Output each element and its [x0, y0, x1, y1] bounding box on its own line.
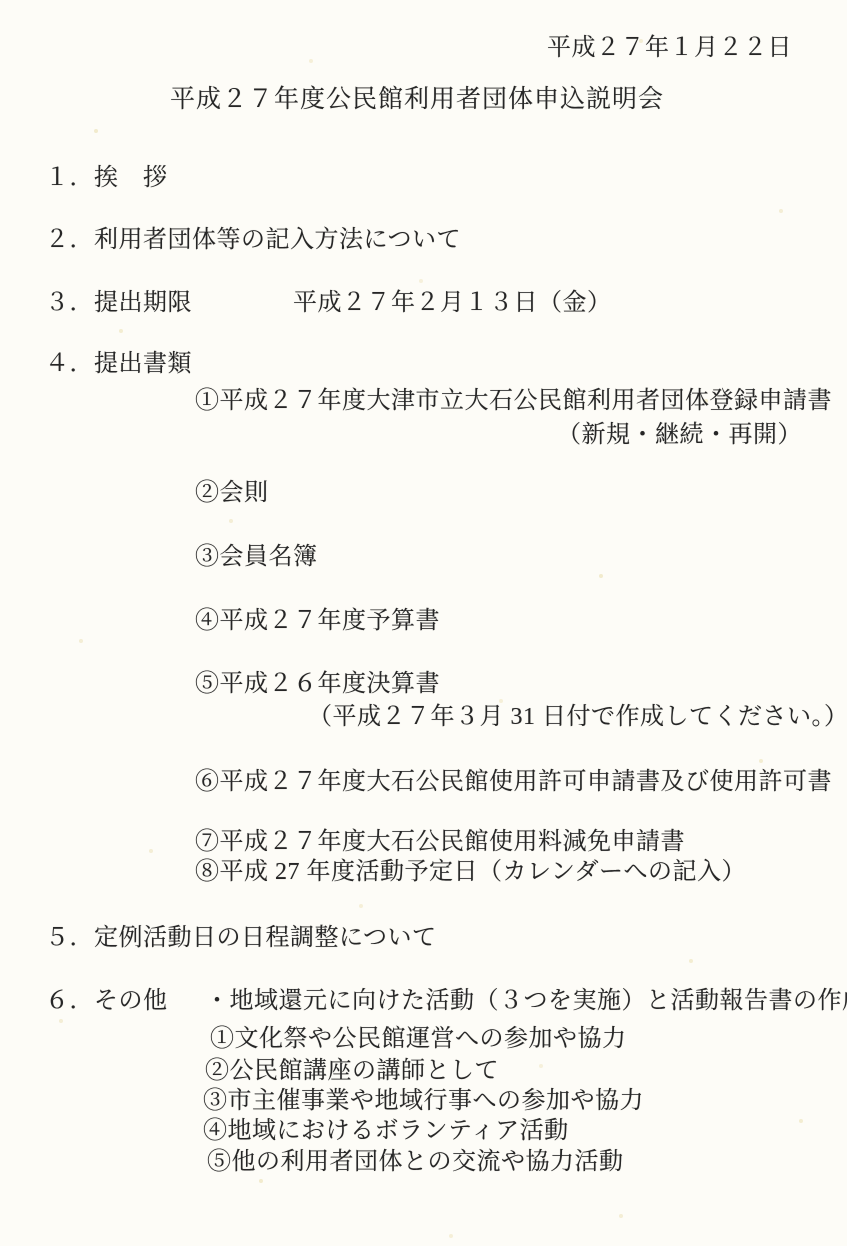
document-date: 平成２７年１月２２日 — [547, 36, 792, 60]
agenda-item-greeting: １．挨 拶 — [45, 166, 168, 190]
submitted-doc-use-permit: ⑥平成２７年度大石公民館使用許可申請書及び使用許可書 — [195, 770, 832, 794]
agenda-item-entry-method: ２．利用者団体等の記入方法について — [45, 228, 461, 252]
other-activity-culture-festival: ①文化祭や公民館運営への参加や協力 — [210, 1027, 627, 1051]
other-activity-lecturer: ②公民館講座の講師として — [205, 1059, 499, 1083]
submitted-doc-fee-exemption: ⑦平成２７年度大石公民館使用料減免申請書 — [195, 830, 685, 854]
other-activities-heading: ・地域還元に向けた活動（３つを実施）と活動報告書の作成 — [205, 989, 847, 1013]
scanned-document-page: 平成２７年１月２２日 平成２７年度公民館利用者団体申込説明会 １．挨 拶 ２．利… — [0, 0, 847, 1246]
deadline-date: 平成２７年２月１３日（金） — [293, 291, 612, 315]
other-activity-group-exchange: ⑤他の利用者団体との交流や協力活動 — [207, 1150, 624, 1174]
other-activity-city-events: ③市主催事業や地域行事への参加や協力 — [203, 1089, 644, 1113]
agenda-item-other-label: ６．その他 — [45, 989, 168, 1013]
paper-speckle-texture — [0, 0, 2, 2]
other-activity-volunteer: ④地域におけるボランティア活動 — [203, 1119, 569, 1143]
submitted-doc-rules: ②会則 — [195, 481, 269, 505]
submitted-doc-activity-calendar: ⑧平成 27 年度活動予定日（カレンダーへの記入） — [195, 860, 746, 884]
submitted-doc-budget: ④平成２７年度予算書 — [195, 609, 440, 633]
agenda-item-documents-label: ４．提出書類 — [45, 352, 192, 376]
agenda-item-deadline-label: ３．提出期限 — [45, 291, 192, 315]
agenda-item-schedule-adjust: ５．定例活動日の日程調整について — [45, 926, 437, 950]
submitted-doc-registration-note: （新規・継続・再開） — [557, 423, 802, 447]
page-title: 平成２７年度公民館利用者団体申込説明会 — [170, 87, 664, 112]
submitted-doc-settlement-note: （平成２７年３月 31 日付で作成してください。） — [308, 705, 847, 729]
submitted-doc-settlement: ⑤平成２６年度決算書 — [195, 672, 440, 696]
submitted-doc-member-list: ③会員名簿 — [195, 545, 318, 569]
submitted-doc-registration: ①平成２７年度大津市立大石公民館利用者団体登録申請書 — [195, 389, 832, 413]
